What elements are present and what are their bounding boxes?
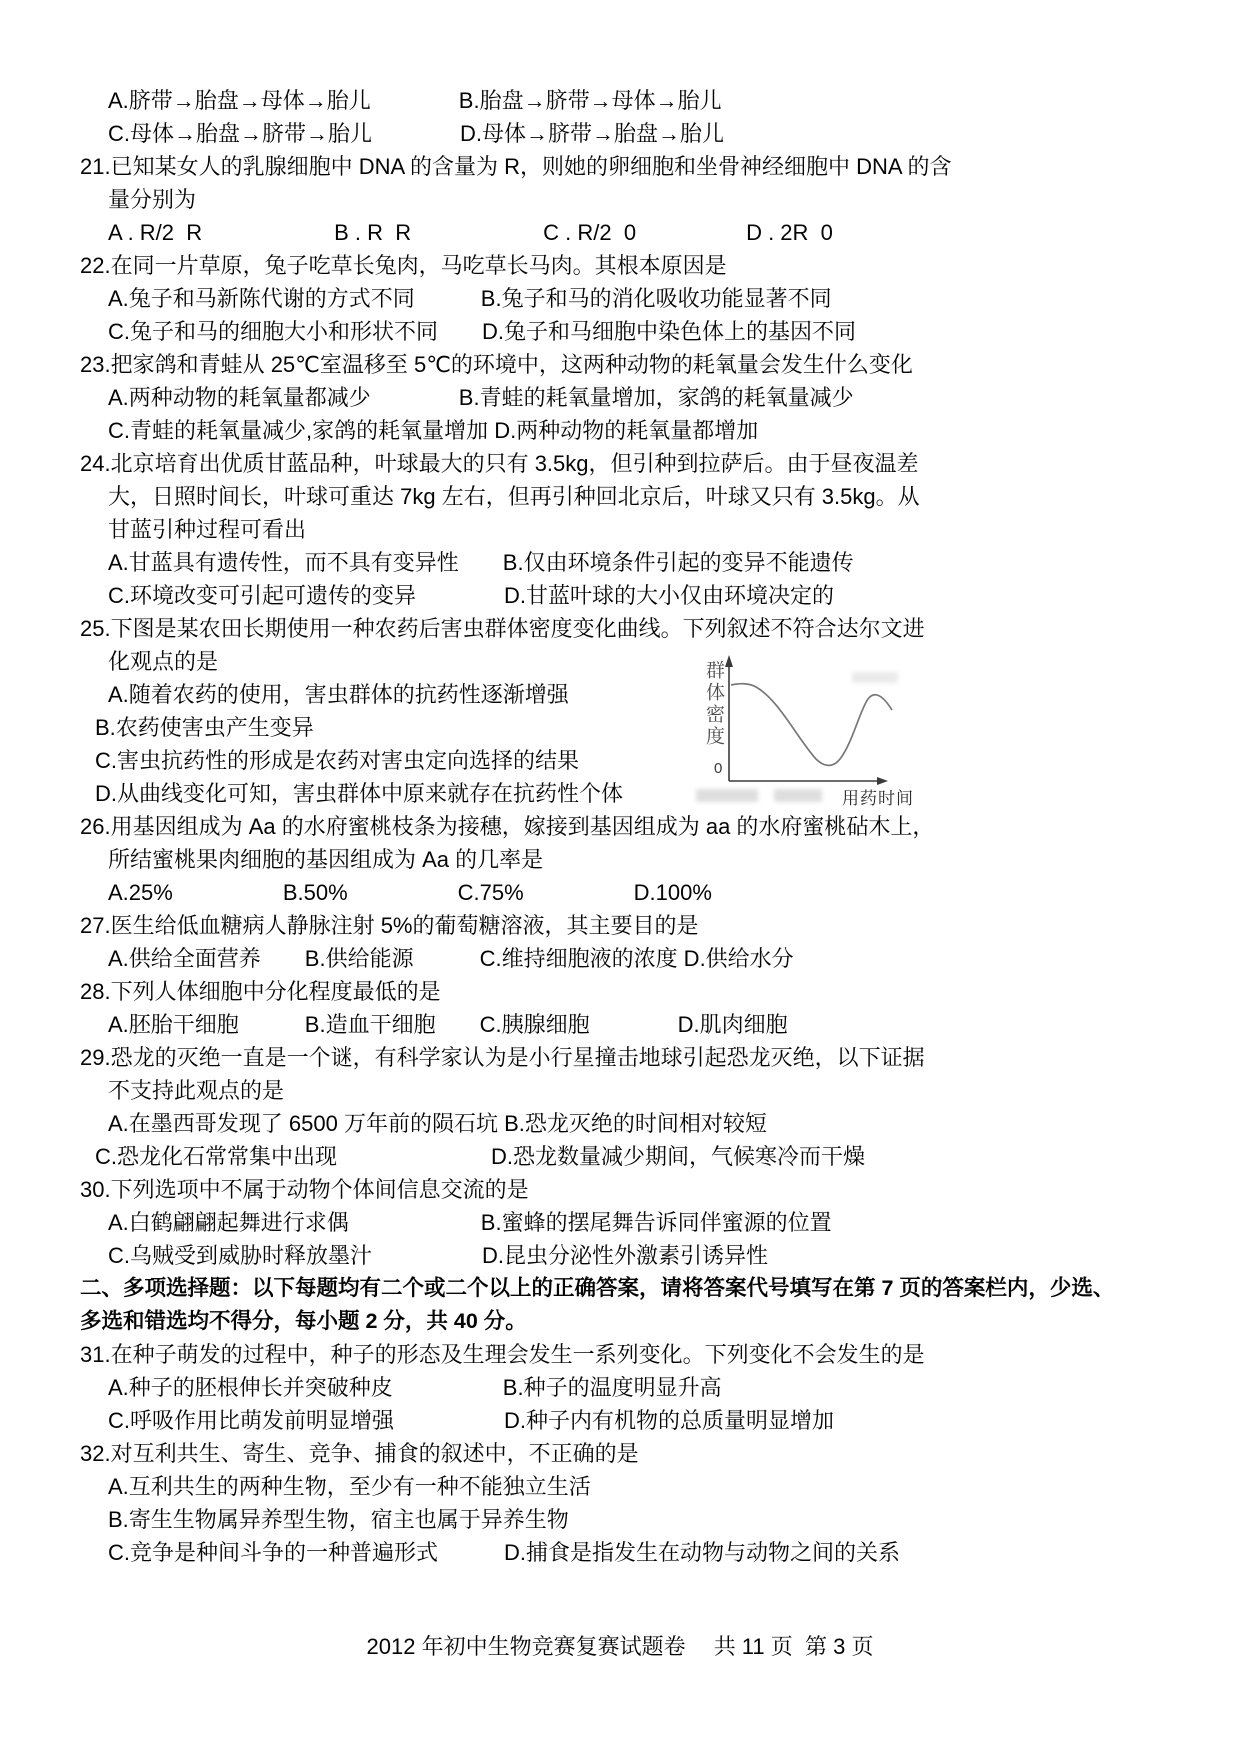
- text-line: C.青蛙的耗氧量减少,家鸽的耗氧量增加 D.两种动物的耗氧量都增加: [80, 414, 1188, 447]
- text-line: A.胚胎干细胞 B.造血干细胞 C.胰腺细胞 D.肌肉细胞: [80, 1008, 1188, 1041]
- text-line: C.母体→胎盘→脐带→胎儿 D.母体→脐带→胎盘→胎儿: [80, 117, 1188, 150]
- faint-print-artifact: [774, 789, 822, 802]
- text-line: 22.在同一片草原，兔子吃草长兔肉，马吃草长马肉。其根本原因是: [80, 249, 1188, 282]
- question-lines: A.脐带→胎盘→母体→胎儿 B.胎盘→脐带→母体→胎儿C.母体→胎盘→脐带→胎儿…: [80, 84, 1188, 1569]
- text-line: C.呼吸作用比萌发前明显增强 D.种子内有机物的总质量明显增加: [80, 1404, 1188, 1437]
- chart-origin-label: 0: [714, 760, 722, 777]
- text-line: 二、多项选择题：以下每题均有二个或二个以上的正确答案，请将答案代号填写在第 7 …: [80, 1272, 1188, 1305]
- chart-x-axis-label: 用药时间: [842, 784, 914, 809]
- exam-page: A.脐带→胎盘→母体→胎儿 B.胎盘→脐带→母体→胎儿C.母体→胎盘→脐带→胎儿…: [0, 0, 1240, 1754]
- y-axis-arrow-icon: [725, 655, 733, 667]
- text-line: 大，日照时间长，叶球可重达 7kg 左右，但再引种回北京后，叶球又只有 3.5k…: [80, 480, 1188, 513]
- faint-print-artifact: [696, 789, 758, 802]
- text-line: C.乌贼受到威胁时释放墨汁 D.昆虫分泌性外激素引诱异性: [80, 1239, 1188, 1272]
- text-line: C.兔子和马的细胞大小和形状不同 D.兔子和马细胞中染色体上的基因不同: [80, 315, 1188, 348]
- text-line: C.害虫抗药性的形成是农药对害虫定向选择的结果: [80, 744, 1188, 777]
- pest-density-curve: [731, 684, 892, 766]
- text-line: 25.下图是某农田长期使用一种农药后害虫群体密度变化曲线。下列叙述不符合达尔文进: [80, 612, 1188, 645]
- text-line: C.恐龙化石常常集中出现 D.恐龙数量减少期间，气候寒冷而干燥: [80, 1140, 1188, 1173]
- text-line: C.竞争是种间斗争的一种普遍形式 D.捕食是指发生在动物与动物之间的关系: [80, 1536, 1188, 1569]
- text-line: C.环境改变可引起可遗传的变异 D.甘蓝叶球的大小仅由环境决定的: [80, 579, 1188, 612]
- text-line: 27.医生给低血糖病人静脉注射 5%的葡萄糖溶液，其主要目的是: [80, 909, 1188, 942]
- text-line: A.互利共生的两种生物，至少有一种不能独立生活: [80, 1470, 1188, 1503]
- faint-print-artifact: [852, 672, 898, 683]
- text-line: 多选和错选均不得分，每小题 2 分，共 40 分。: [80, 1305, 1188, 1338]
- text-line: 28.下列人体细胞中分化程度最低的是: [80, 975, 1188, 1008]
- text-line: 所结蜜桃果肉细胞的基因组成为 Aa 的几率是: [80, 843, 1188, 876]
- text-line: 量分别为: [80, 183, 1188, 216]
- text-line: A . R/2 R B . R R C . R/2 0 D . 2R 0: [80, 216, 1188, 249]
- text-line: A.在墨西哥发现了 6500 万年前的陨石坑 B.恐龙灭绝的时间相对较短: [80, 1107, 1188, 1140]
- text-line: A.白鹤翩翩起舞进行求偶 B.蜜蜂的摆尾舞告诉同伴蜜源的位置: [80, 1206, 1188, 1239]
- text-line: 不支持此观点的是: [80, 1074, 1188, 1107]
- text-line: A.甘蓝具有遗传性，而不具有变异性 B.仅由环境条件引起的变异不能遗传: [80, 546, 1188, 579]
- text-line: A.种子的胚根伸长并突破种皮 B.种子的温度明显升高: [80, 1371, 1188, 1404]
- text-line: B.寄生生物属异养型生物，宿主也属于异养生物: [80, 1503, 1188, 1536]
- text-line: 24.北京培育出优质甘蓝品种，叶球最大的只有 3.5kg，但引种到拉萨后。由于昼…: [80, 447, 1188, 480]
- text-line: 26.用基因组成为 Aa 的水府蜜桃枝条为接穗，嫁接到基因组成为 aa 的水府蜜…: [80, 810, 1188, 843]
- text-line: 31.在种子萌发的过程中，种子的形态及生理会发生一系列变化。下列变化不会发生的是: [80, 1338, 1188, 1371]
- text-line: A.随着农药的使用，害虫群体的抗药性逐渐增强: [80, 678, 1188, 711]
- text-line: A.供给全面营养 B.供给能源 C.维持细胞液的浓度 D.供给水分: [80, 942, 1188, 975]
- text-line: 32.对互利共生、寄生、竞争、捕食的叙述中，不正确的是: [80, 1437, 1188, 1470]
- pest-density-chart: 群体密度 0 用药时间: [694, 588, 916, 820]
- text-line: A.两种动物的耗氧量都减少 B.青蛙的耗氧量增加，家鸽的耗氧量减少: [80, 381, 1188, 414]
- text-line: 23.把家鸽和青蛙从 25℃室温移至 5℃的环境中，这两种动物的耗氧量会发生什么…: [80, 348, 1188, 381]
- text-line: A.25% B.50% C.75% D.100%: [80, 876, 1188, 909]
- text-line: A.兔子和马新陈代谢的方式不同 B.兔子和马的消化吸收功能显著不同: [80, 282, 1188, 315]
- page-footer: 2012 年初中生物竞赛复赛试题卷 共 11 页 第 3 页: [0, 1632, 1240, 1662]
- text-line: 30.下列选项中不属于动物个体间信息交流的是: [80, 1173, 1188, 1206]
- text-line: B.农药使害虫产生变异: [80, 711, 1188, 744]
- text-line: 29.恐龙的灭绝一直是一个谜，有科学家认为是小行星撞击地球引起恐龙灭绝，以下证据: [80, 1041, 1188, 1074]
- text-line: D.从曲线变化可知，害虫群体中原来就存在抗药性个体: [80, 777, 1188, 810]
- text-line: 21.已知某女人的乳腺细胞中 DNA 的含量为 R，则她的卵细胞和坐骨神经细胞中…: [80, 150, 1188, 183]
- text-line: A.脐带→胎盘→母体→胎儿 B.胎盘→脐带→母体→胎儿: [80, 84, 1188, 117]
- text-line: 甘蓝引种过程可看出: [80, 513, 1188, 546]
- text-line: 化观点的是: [80, 645, 1188, 678]
